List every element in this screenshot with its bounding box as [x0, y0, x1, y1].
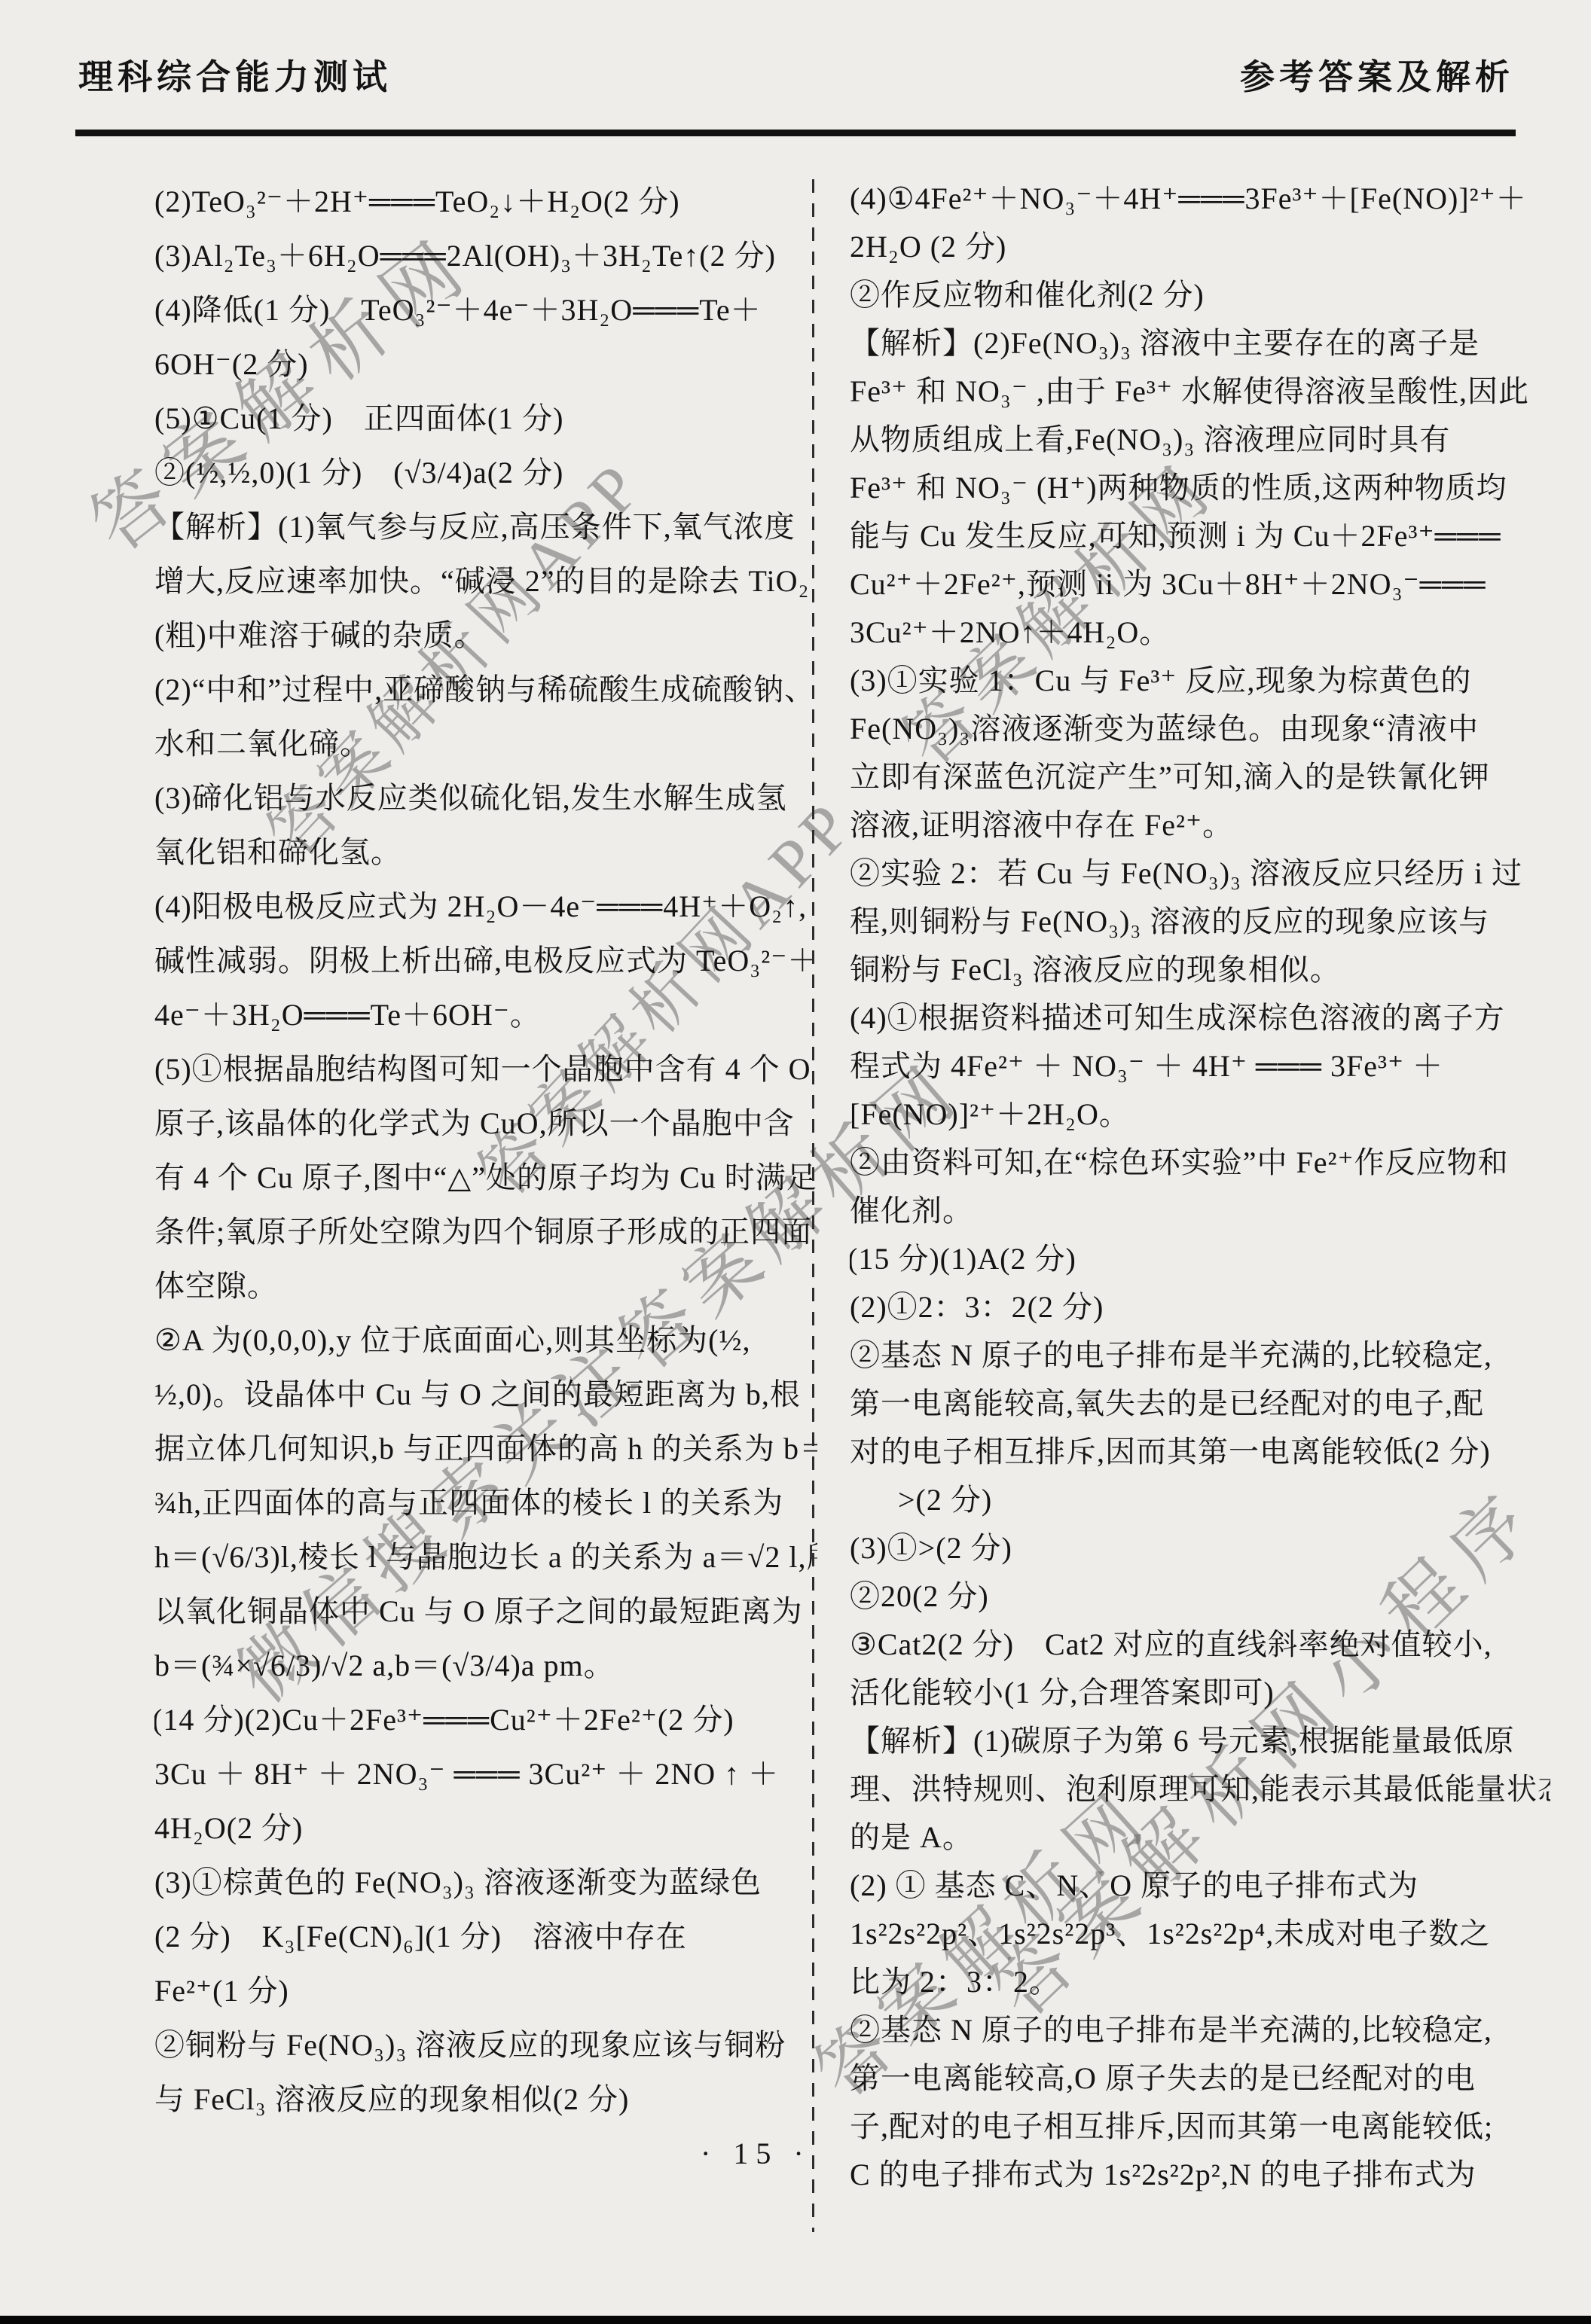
- text-line: (2)TeO₃²⁻＋2H⁺═══TeO₂↓＋H₂O(2 分): [154, 175, 817, 229]
- text-line: 能与 Cu 发生反应,可知,预测 i 为 Cu＋2Fe³⁺═══: [850, 512, 1550, 560]
- text-line: C 的电子排布式为 1s²2s²2p²,N 的电子排布式为: [850, 2151, 1550, 2199]
- header-rule: [75, 130, 1516, 136]
- text-line: Fe(NO₃)₃溶液逐渐变为蓝绿色。由现象“清液中: [850, 705, 1550, 753]
- text-line: h＝(√6/3)l,棱长 l 与晶胞边长 a 的关系为 a＝√2 l,所: [154, 1530, 817, 1584]
- text-line: (3)①实验 1：Cu 与 Fe³⁺ 反应,现象为棕黄色的: [850, 657, 1550, 705]
- header-left-title: 理科综合能力测试: [78, 50, 392, 99]
- text-line: 水和二氧化碲。: [154, 717, 817, 771]
- text-line: ②作反应物和催化剂(2 分): [850, 271, 1550, 319]
- text-line: (3)碲化铝与水反应类似硫化铝,发生水解生成氢: [154, 771, 817, 825]
- text-line: (3)Al₂Te₃＋6H₂O═══2Al(OH)₃＋3H₂Te↑(2 分): [154, 229, 817, 283]
- header-right-title: 参考答案及解析: [1240, 50, 1514, 99]
- text-line: 【解析】(1)氧气参与反应,高压条件下,氧气浓度: [154, 500, 817, 554]
- text-line: >(2 分): [850, 1476, 1550, 1524]
- text-line: b＝(¾×√6/3)/√2 a,b＝(√3/4)a pm。: [154, 1639, 817, 1693]
- text-line: 程式为 4Fe²⁺ ＋ NO₃⁻ ＋ 4H⁺ ═══ 3Fe³⁺ ＋: [850, 1042, 1550, 1090]
- text-line: 据立体几何知识,b 与正四面体的高 h 的关系为 b＝: [154, 1422, 817, 1476]
- text-line: 铜粉与 FeCl₃ 溶液反应的现象相似。: [850, 946, 1550, 994]
- left-column: (2)TeO₃²⁻＋2H⁺═══TeO₂↓＋H₂O(2 分)(3)Al₂Te₃＋…: [154, 175, 817, 2127]
- text-line: 2H₂O (2 分): [850, 223, 1550, 271]
- text-line: ③Cat2(2 分) Cat2 对应的直线斜率绝对值较小,: [850, 1621, 1550, 1669]
- text-line: [Fe(NO)]²⁺＋2H₂O。: [850, 1090, 1550, 1139]
- text-line: (2)①2：3：2(2 分): [850, 1283, 1550, 1331]
- page-number: · 15 ·: [701, 2136, 811, 2171]
- text-line: (粗)中难溶于碱的杂质。: [154, 608, 817, 663]
- text-line: (3)①棕黄色的 Fe(NO₃)₃ 溶液逐渐变为蓝绿色: [154, 1856, 817, 1910]
- text-line: ②铜粉与 Fe(NO₃)₃ 溶液反应的现象应该与铜粉: [154, 2018, 817, 2072]
- text-line: (2)“中和”过程中,亚碲酸钠与稀硫酸生成硫酸钠、: [154, 663, 817, 717]
- text-line: (2) ① 基态 C、N、O 原子的电子排布式为: [850, 1862, 1550, 1910]
- text-line: 的是 A。: [850, 1813, 1550, 1862]
- text-line: (4)阳极电极反应式为 2H₂O－4e⁻═══4H⁺＋O₂↑,: [154, 880, 817, 934]
- text-line: Cu²⁺＋2Fe²⁺,预测 ii 为 3Cu＋8H⁺＋2NO₃⁻═══: [850, 560, 1550, 608]
- text-line: ②由资料可知,在“棕色环实验”中 Fe²⁺作反应物和: [850, 1139, 1550, 1187]
- text-line: 活化能较小(1 分,合理答案即可): [850, 1669, 1550, 1717]
- text-line: 催化剂。: [850, 1187, 1550, 1235]
- text-line: 体空隙。: [154, 1259, 817, 1313]
- text-line: 6OH⁻(2 分): [154, 337, 817, 392]
- text-line: 第一电离能较高,O 原子失去的是已经配对的电: [850, 2054, 1550, 2103]
- text-line: 28.(14 分)(2)Cu＋2Fe³⁺═══Cu²⁺＋2Fe²⁺(2 分): [154, 1693, 817, 1747]
- text-line: ②基态 N 原子的电子排布是半充满的,比较稳定,: [850, 1331, 1550, 1380]
- text-line: (4)①4Fe²⁺＋NO₃⁻＋4H⁺═══3Fe³⁺＋[Fe(NO)]²⁺＋: [850, 175, 1550, 223]
- text-line: Fe²⁺(1 分): [154, 1964, 817, 2018]
- text-line: (4)①根据资料描述可知生成深棕色溶液的离子方: [850, 994, 1550, 1042]
- right-column: (4)①4Fe²⁺＋NO₃⁻＋4H⁺═══3Fe³⁺＋[Fe(NO)]²⁺＋2H…: [850, 175, 1550, 2199]
- text-line: ¾h,正四面体的高与正四面体的棱长 l 的关系为: [154, 1476, 817, 1530]
- text-line: 溶液,证明溶液中存在 Fe²⁺。: [850, 801, 1550, 849]
- text-line: 4H₂O(2 分): [154, 1801, 817, 1856]
- text-line: (5)①Cu(1 分) 正四面体(1 分): [154, 392, 817, 446]
- text-line: 比为 2：3：2。: [850, 1958, 1550, 2006]
- text-line: 从物质组成上看,Fe(NO₃)₃ 溶液理应同时具有: [850, 416, 1550, 464]
- text-line: ½,0)。设晶体中 Cu 与 O 之间的最短距离为 b,根: [154, 1368, 817, 1422]
- text-line: (3)①>(2 分): [850, 1524, 1550, 1572]
- text-line: ②实验 2：若 Cu 与 Fe(NO₃)₃ 溶液反应只经历 i 过: [850, 849, 1550, 898]
- text-line: 29.(15 分)(1)A(2 分): [850, 1235, 1550, 1283]
- text-line: 有 4 个 Cu 原子,图中“△”处的原子均为 Cu 时满足: [154, 1151, 817, 1205]
- text-line: 程,则铜粉与 Fe(NO₃)₃ 溶液的反应的现象应该与: [850, 898, 1550, 946]
- text-line: 以氧化铜晶体中 Cu 与 O 原子之间的最短距离为: [154, 1584, 817, 1639]
- text-line: 立即有深蓝色沉淀产生”可知,滴入的是铁氰化钾: [850, 753, 1550, 801]
- text-line: 理、洪特规则、泡利原理可知,能表示其最低能量状态: [850, 1765, 1550, 1813]
- text-line: ②基态 N 原子的电子排布是半充满的,比较稳定,: [850, 2006, 1550, 2054]
- text-line: 【解析】(1)碳原子为第 6 号元素,根据能量最低原: [850, 1717, 1550, 1765]
- text-line: (4)降低(1 分) TeO₃²⁻＋4e⁻＋3H₂O═══Te＋: [154, 283, 817, 337]
- bottom-scan-edge: [0, 2316, 1591, 2324]
- text-line: 【解析】(2)Fe(NO₃)₃ 溶液中主要存在的离子是: [850, 319, 1550, 368]
- text-line: 与 FeCl₃ 溶液反应的现象相似(2 分): [154, 2072, 817, 2127]
- text-line: (2 分) K₃[Fe(CN)₆](1 分) 溶液中存在: [154, 1910, 817, 1964]
- text-line: 子,配对的电子相互排斥,因而其第一电离能较低;: [850, 2103, 1550, 2151]
- text-line: 对的电子相互排斥,因而其第一电离能较低(2 分): [850, 1428, 1550, 1476]
- text-line: ②(½,½,0)(1 分) (√3/4)a(2 分): [154, 446, 817, 500]
- text-line: 3Cu²⁺＋2NO↑＋4H₂O。: [850, 608, 1550, 657]
- text-line: 1s²2s²2p²、1s²2s²2p³、1s²2s²2p⁴,未成对电子数之: [850, 1910, 1550, 1958]
- text-line: ②20(2 分): [850, 1572, 1550, 1621]
- text-line: 4e⁻＋3H₂O═══Te＋6OH⁻。: [154, 988, 817, 1042]
- text-line: 第一电离能较高,氧失去的是已经配对的电子,配: [850, 1380, 1550, 1428]
- text-line: Fe³⁺ 和 NO₃⁻ (H⁺)两种物质的性质,这两种物质均: [850, 464, 1550, 512]
- text-line: Fe³⁺ 和 NO₃⁻ ,由于 Fe³⁺ 水解使得溶液呈酸性,因此: [850, 368, 1550, 416]
- text-line: 3Cu ＋ 8H⁺ ＋ 2NO₃⁻ ═══ 3Cu²⁺ ＋ 2NO ↑ ＋: [154, 1747, 817, 1801]
- text-line: 原子,该晶体的化学式为 CuO,所以一个晶胞中含: [154, 1096, 817, 1151]
- text-line: 条件;氧原子所处空隙为四个铜原子形成的正四面: [154, 1205, 817, 1259]
- column-divider: [812, 179, 814, 2232]
- scanned-answer-page: 答案解析网答案解析网APP答案解析网微信搜索关注答案解析网答案解析网小程序答案解…: [0, 0, 1591, 2324]
- text-line: (5)①根据晶胞结构图可知一个晶胞中含有 4 个 O: [154, 1042, 817, 1096]
- text-line: ②A 为(0,0,0),y 位于底面面心,则其坐标为(½,: [154, 1313, 817, 1368]
- text-line: 碱性减弱。阴极上析出碲,电极反应式为 TeO₃²⁻＋: [154, 934, 817, 988]
- text-line: 氧化铝和碲化氢。: [154, 825, 817, 880]
- text-line: 增大,反应速率加快。“碱浸 2”的目的是除去 TiO₂: [154, 554, 817, 608]
